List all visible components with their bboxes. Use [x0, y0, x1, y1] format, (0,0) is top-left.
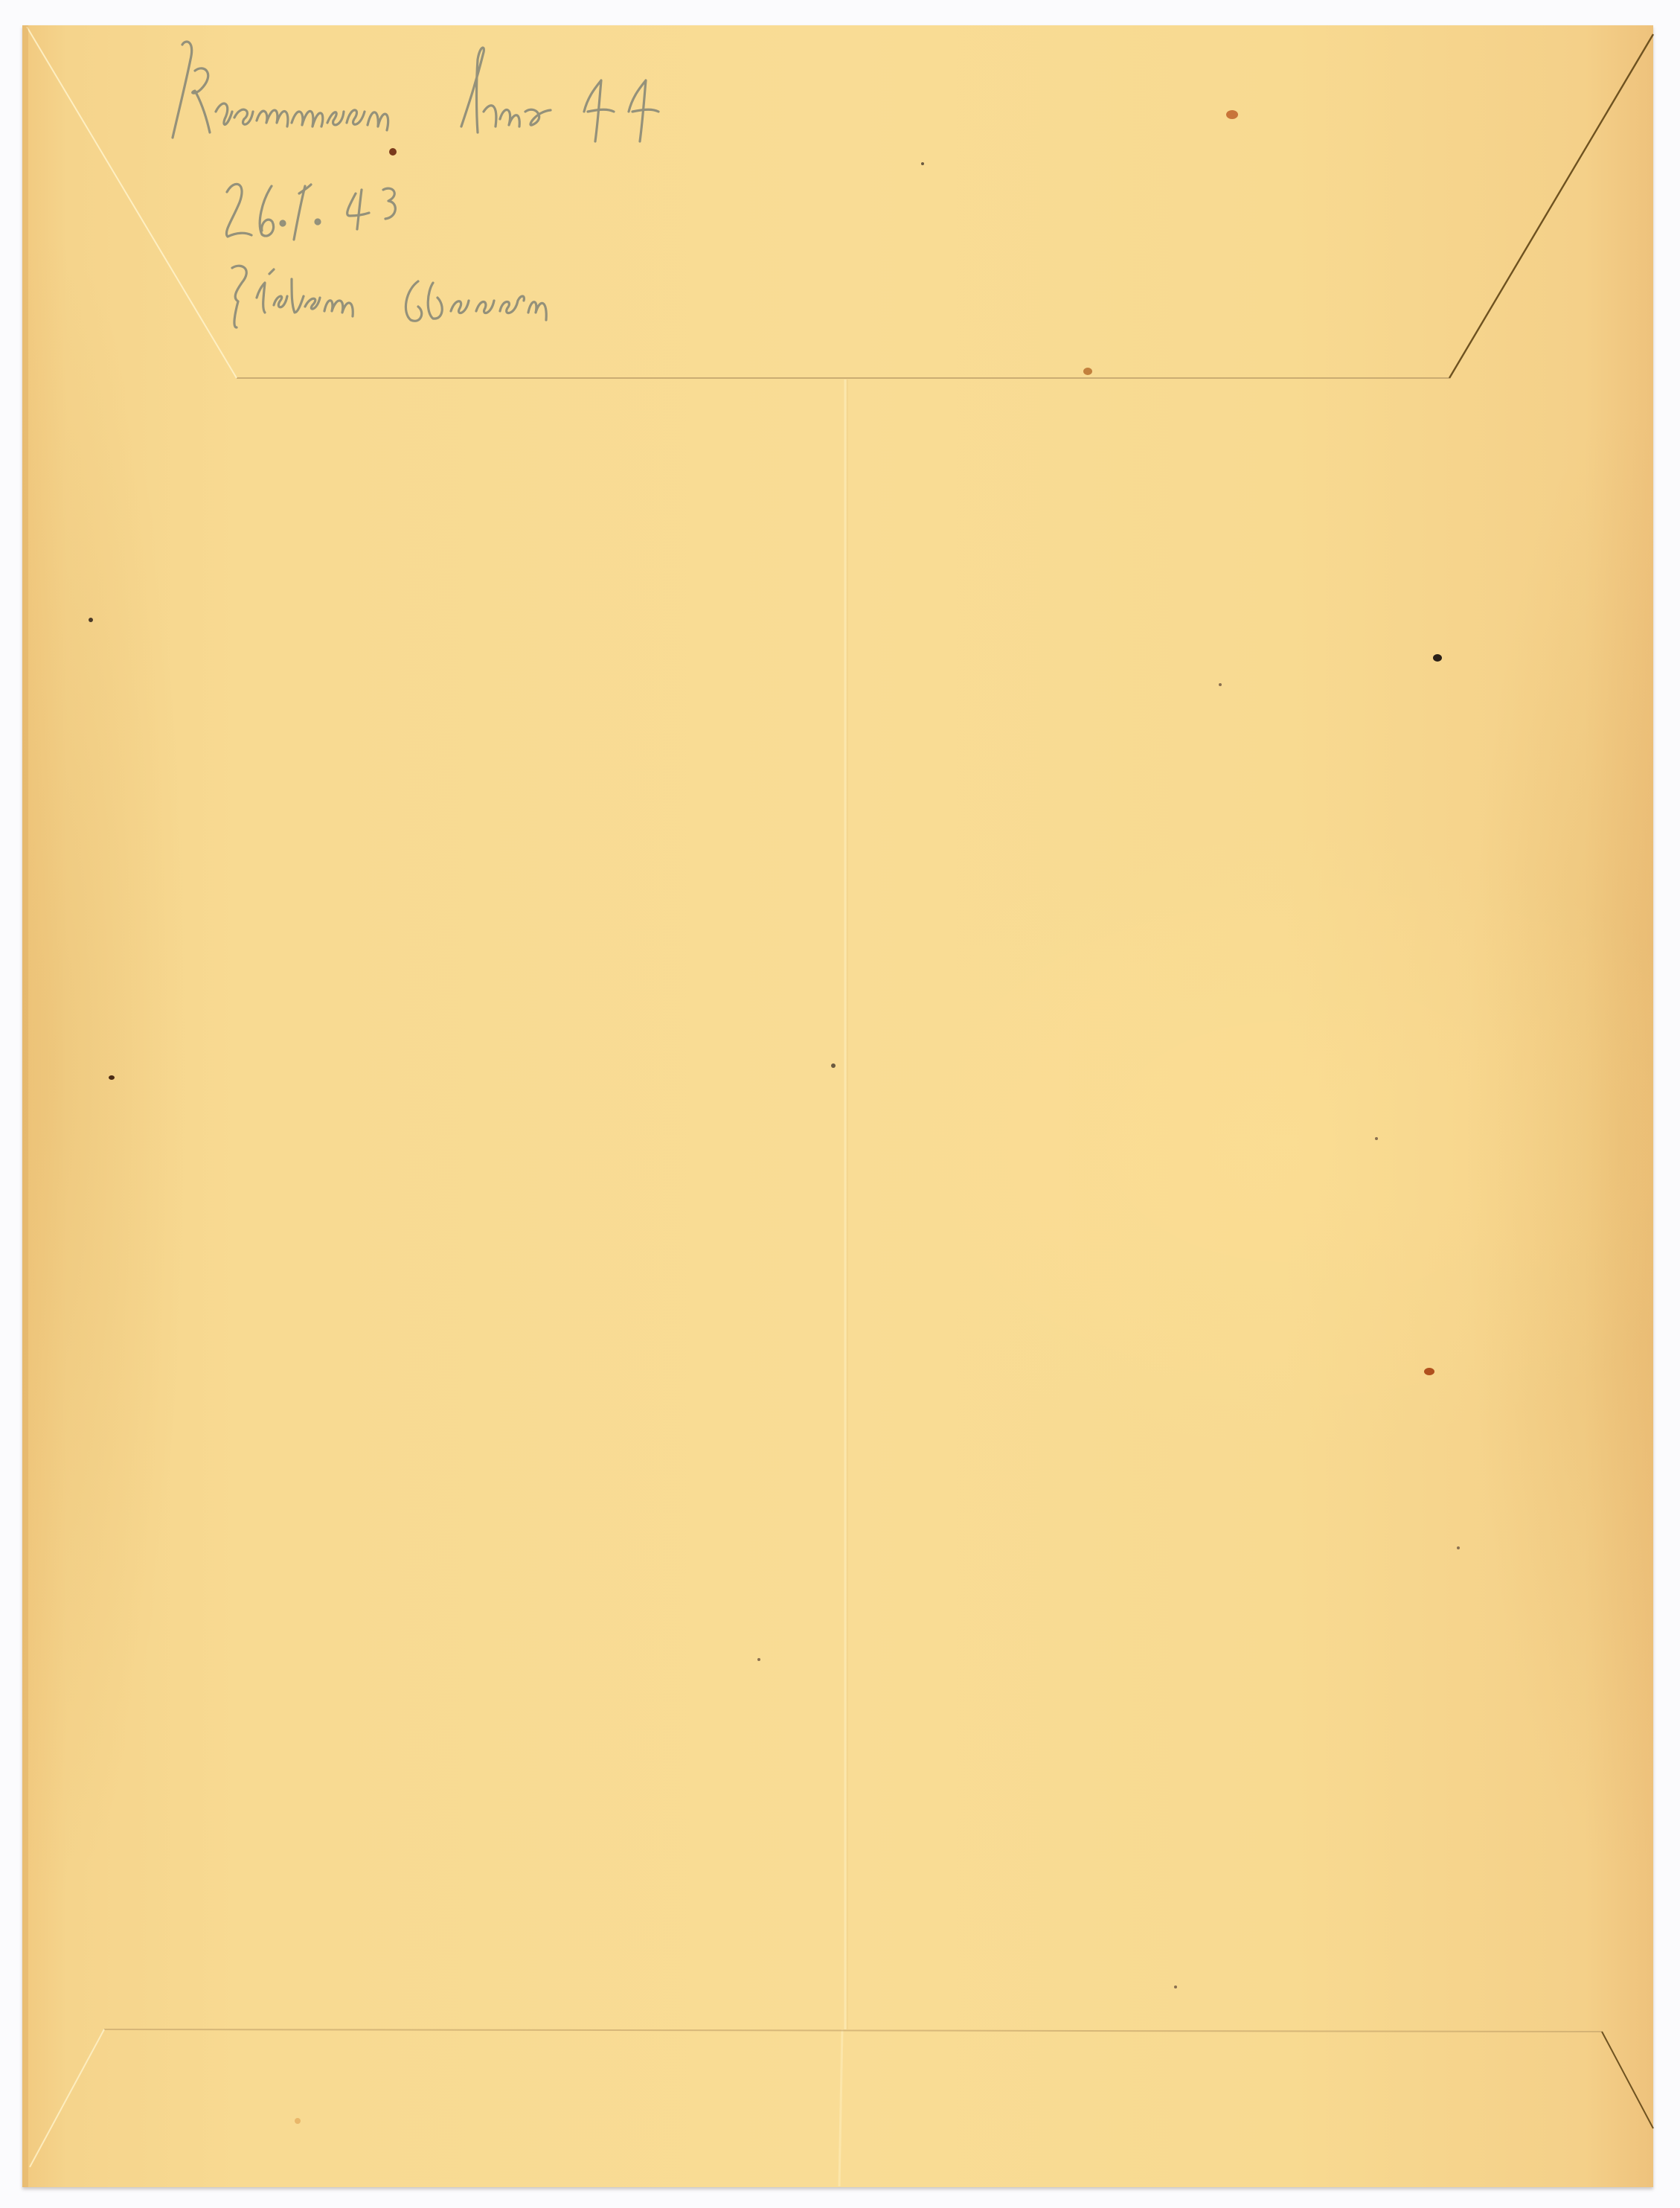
envelope — [22, 25, 1653, 2187]
scan-background: Rasmussen Arne 44 26.1.43 Zistern Coosen — [0, 0, 1680, 2208]
